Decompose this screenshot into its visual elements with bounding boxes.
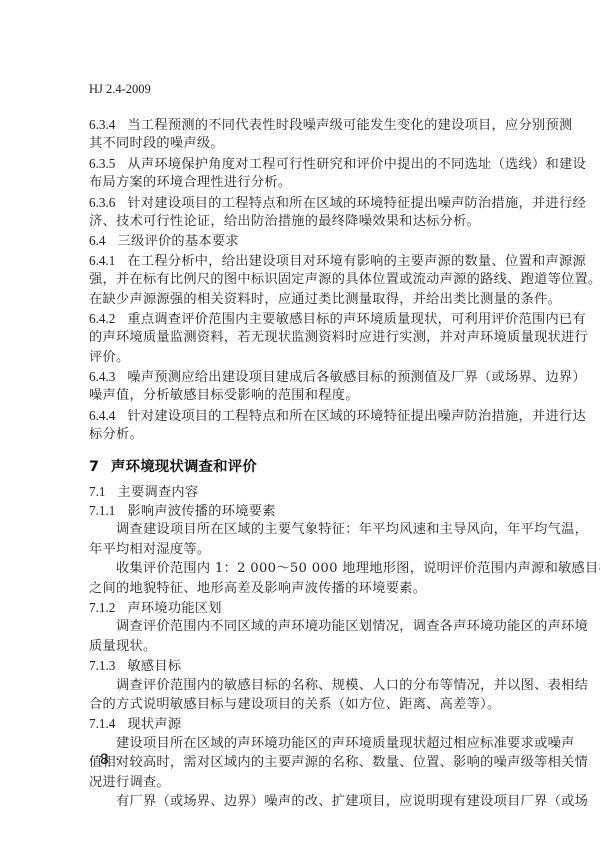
clause-number: 6.4.1 <box>89 251 115 270</box>
text-line: 质量现状。 <box>89 637 519 656</box>
clause: 6.4.1在工程分析中，给出建设项目对环境有影响的主要声源的数量、位置和声源源强… <box>89 251 519 309</box>
clause-number: 6.4.3 <box>89 367 115 386</box>
text-line: 7.1主要调查内容 <box>89 482 519 501</box>
line-text: 敏感目标 <box>127 659 181 674</box>
text-line: 7.1.4现状声源 <box>89 714 519 733</box>
text-line: 值相对较高时，需对区域内的主要声源的名称、数量、位置、影响的噪声级等相关情 <box>89 753 519 772</box>
clause: 6.4.2重点调查评价范围内主要敏感目标的声环境质量现状，可利用评价范围内已有的… <box>89 309 519 367</box>
clause-number: 7.1.3 <box>89 656 115 675</box>
line-text: 主要调查内容 <box>117 485 198 500</box>
text-line: 7.1.1影响声波传播的环境要素 <box>89 501 519 520</box>
line-text: 从声环境保护角度对工程可行性研究和评价中提出的不同选址（选线）和建设 <box>127 157 586 172</box>
line-text: 的声环境质量监测资料，若无现状监测资料时应进行实测，并对声环境质量现状进行 <box>89 330 588 345</box>
text-line: 有厂界（或场界、边界）噪声的改、扩建项目，应说明现有建设项目厂界（或场 <box>89 792 519 811</box>
section-heading: 7.1.3敏感目标 <box>89 656 519 675</box>
section-heading: 7.1主要调查内容 <box>89 482 519 501</box>
text-line: 在缺少声源源强的相关资料时，应通过类比测量取得，并给出类比测量的条件。 <box>89 290 519 309</box>
clause-number: 7.1.4 <box>89 714 115 733</box>
clause-number: 6.3.5 <box>89 154 115 173</box>
text-line: 7.1.2声环境功能区划 <box>89 598 519 617</box>
line-text: 现状声源 <box>127 717 181 732</box>
text-line: 6.4.1在工程分析中，给出建设项目对环境有影响的主要声源的数量、位置和声源源 <box>89 251 519 270</box>
standard-code-header: HJ 2.4-2009 <box>89 82 151 97</box>
clause-number: 6.4.4 <box>89 406 115 425</box>
line-text: 噪声预测应给出建设项目建成后各敏感目标的预测值及厂界（或场界、边界） <box>127 370 586 385</box>
line-text: 其不同时段的噪声级。 <box>89 136 224 151</box>
line-text: 针对建设项目的工程特点和所在区域的环境特征提出噪声防治措施，并进行经 <box>127 196 586 211</box>
line-text: 调查建设项目所在区域的主要气象特征：年平均风速和主导风向，年平均气温， <box>116 522 588 537</box>
clause: 6.3.4当工程预测的不同代表性时段噪声级可能发生变化的建设项目，应分别预测其不… <box>89 115 519 154</box>
line-text: 在工程分析中，给出建设项目对环境有影响的主要声源的数量、位置和声源源 <box>127 254 586 269</box>
text-line: 评价。 <box>89 348 519 367</box>
text-line: 6.4.3噪声预测应给出建设项目建成后各敏感目标的预测值及厂界（或场界、边界） <box>89 367 519 386</box>
line-text: 合的方式说明敏感目标与建设项目的关系（如方位、距离、高差等）。 <box>89 697 501 712</box>
clause: 6.4.3噪声预测应给出建设项目建成后各敏感目标的预测值及厂界（或场界、边界）噪… <box>89 367 519 406</box>
clause-number: 6.4 <box>89 231 105 250</box>
line-text: 标分析。 <box>89 427 143 442</box>
text-line: 7声环境现状调查和评价 <box>89 456 519 478</box>
line-text: 重点调查评价范围内主要敏感目标的声环境质量现状，可利用评价范围内已有 <box>127 312 586 327</box>
line-text: 在缺少声源源强的相关资料时，应通过类比测量取得，并给出类比测量的条件。 <box>89 292 561 307</box>
line-text: 评价。 <box>89 350 129 365</box>
text-line: 年平均相对湿度等。 <box>89 540 519 559</box>
line-text: 值相对较高时，需对区域内的主要声源的名称、数量、位置、影响的噪声级等相关情 <box>89 755 588 770</box>
text-line: 6.4.4针对建设项目的工程特点和所在区域的环境特征提出噪声防治措施，并进行达 <box>89 406 519 425</box>
text-line: 其不同时段的噪声级。 <box>89 134 519 153</box>
section-heading: 6.4三级评价的基本要求 <box>89 231 519 250</box>
paragraph: 调查建设项目所在区域的主要气象特征：年平均风速和主导风向，年平均气温，年平均相对… <box>89 520 519 559</box>
line-text: 针对建设项目的工程特点和所在区域的环境特征提出噪声防治措施，并进行达 <box>127 409 586 424</box>
chapter-heading: 7声环境现状调查和评价 <box>89 456 519 478</box>
clause-number: 7.1 <box>89 482 105 501</box>
line-text: 噪声值，分析敏感目标受影响的范围和程度。 <box>89 388 359 403</box>
line-text: 收集评价范围内 1：2 000～50 000 地理地形图，说明评价范围内声源和敏… <box>116 561 600 576</box>
clause-number: 6.3.6 <box>89 193 115 212</box>
line-text: 布局方案的环境合理性进行分析。 <box>89 175 291 190</box>
section-heading: 7.1.2声环境功能区划 <box>89 598 519 617</box>
clause: 6.4.4针对建设项目的工程特点和所在区域的环境特征提出噪声防治措施，并进行达标… <box>89 406 519 445</box>
page-number: · 8 · <box>89 752 121 768</box>
line-text: 有厂界（或场界、边界）噪声的改、扩建项目，应说明现有建设项目厂界（或场 <box>116 794 588 809</box>
line-text: 济、技术可行性论证，给出防治措施的最终降噪效果和达标分析。 <box>89 214 480 229</box>
text-line: 合的方式说明敏感目标与建设项目的关系（如方位、距离、高差等）。 <box>89 695 519 714</box>
text-line: 调查评价范围内的敏感目标的名称、规模、人口的分布等情况，并以图、表相结 <box>89 676 519 695</box>
line-text: 声环境现状调查和评价 <box>111 459 257 475</box>
paragraph: 收集评价范围内 1：2 000～50 000 地理地形图，说明评价范围内声源和敏… <box>89 559 519 598</box>
clause-number: 7.1.2 <box>89 598 115 617</box>
text-line: 标分析。 <box>89 425 519 444</box>
paragraph: 有厂界（或场界、边界）噪声的改、扩建项目，应说明现有建设项目厂界（或场 <box>89 792 519 811</box>
text-line: 调查建设项目所在区域的主要气象特征：年平均风速和主导风向，年平均气温， <box>89 520 519 539</box>
text-line: 收集评价范围内 1：2 000～50 000 地理地形图，说明评价范围内声源和敏… <box>89 559 519 578</box>
line-text: 况进行调查。 <box>89 775 170 790</box>
text-line: 6.4.2重点调查评价范围内主要敏感目标的声环境质量现状，可利用评价范围内已有 <box>89 309 519 328</box>
line-text: 三级评价的基本要求 <box>117 234 238 249</box>
document-page: HJ 2.4-2009 6.3.4当工程预测的不同代表性时段噪声级可能发生变化的… <box>0 0 600 847</box>
line-text: 之间的地貌特征、地形高差及影响声波传播的环境要素。 <box>89 581 426 596</box>
text-line: 6.3.5从声环境保护角度对工程可行性研究和评价中提出的不同选址（选线）和建设 <box>89 154 519 173</box>
line-text: 声环境功能区划 <box>127 601 221 616</box>
text-line: 的声环境质量监测资料，若无现状监测资料时应进行实测，并对声环境质量现状进行 <box>89 328 519 347</box>
text-line: 6.3.6针对建设项目的工程特点和所在区域的环境特征提出噪声防治措施，并进行经 <box>89 193 519 212</box>
line-text: 建设项目所在区域的声环境功能区的声环境质量现状超过相应标准要求或噪声 <box>116 736 575 751</box>
text-line: 布局方案的环境合理性进行分析。 <box>89 173 519 192</box>
line-text: 当工程预测的不同代表性时段噪声级可能发生变化的建设项目，应分别预测 <box>127 118 572 133</box>
clause: 6.3.6针对建设项目的工程特点和所在区域的环境特征提出噪声防治措施，并进行经济… <box>89 193 519 232</box>
text-line: 况进行调查。 <box>89 773 519 792</box>
text-line: 6.4三级评价的基本要求 <box>89 231 519 250</box>
paragraph: 调查评价范围内不同区域的声环境功能区划情况，调查各声环境功能区的声环境质量现状。 <box>89 617 519 656</box>
line-text: 年平均相对湿度等。 <box>89 542 210 557</box>
section-heading: 7.1.1影响声波传播的环境要素 <box>89 501 519 520</box>
document-body: 6.3.4当工程预测的不同代表性时段噪声级可能发生变化的建设项目，应分别预测其不… <box>89 115 519 811</box>
line-text: 质量现状。 <box>89 639 156 654</box>
paragraph: 调查评价范围内的敏感目标的名称、规模、人口的分布等情况，并以图、表相结合的方式说… <box>89 676 519 715</box>
text-line: 建设项目所在区域的声环境功能区的声环境质量现状超过相应标准要求或噪声 <box>89 734 519 753</box>
line-text: 调查评价范围内不同区域的声环境功能区划情况，调查各声环境功能区的声环境 <box>116 619 588 634</box>
text-line: 7.1.3敏感目标 <box>89 656 519 675</box>
section-heading: 7.1.4现状声源 <box>89 714 519 733</box>
clause-number: 6.3.4 <box>89 115 115 134</box>
line-text: 调查评价范围内的敏感目标的名称、规模、人口的分布等情况，并以图、表相结 <box>116 678 588 693</box>
text-line: 之间的地貌特征、地形高差及影响声波传播的环境要素。 <box>89 579 519 598</box>
text-line: 济、技术可行性论证，给出防治措施的最终降噪效果和达标分析。 <box>89 212 519 231</box>
text-line: 强，并在标有比例尺的图中标识固定声源的具体位置或流动声源的路线、跑道等位置。 <box>89 270 519 289</box>
text-line: 调查评价范围内不同区域的声环境功能区划情况，调查各声环境功能区的声环境 <box>89 617 519 636</box>
text-line: 6.3.4当工程预测的不同代表性时段噪声级可能发生变化的建设项目，应分别预测 <box>89 115 519 134</box>
clause-number: 6.4.2 <box>89 309 115 328</box>
clause-number: 7 <box>89 456 99 478</box>
line-text: 强，并在标有比例尺的图中标识固定声源的具体位置或流动声源的路线、跑道等位置。 <box>89 272 600 287</box>
paragraph: 建设项目所在区域的声环境功能区的声环境质量现状超过相应标准要求或噪声值相对较高时… <box>89 734 519 792</box>
clause-number: 7.1.1 <box>89 501 115 520</box>
clause: 6.3.5从声环境保护角度对工程可行性研究和评价中提出的不同选址（选线）和建设布… <box>89 154 519 193</box>
text-line: 噪声值，分析敏感目标受影响的范围和程度。 <box>89 386 519 405</box>
line-text: 影响声波传播的环境要素 <box>127 504 275 519</box>
